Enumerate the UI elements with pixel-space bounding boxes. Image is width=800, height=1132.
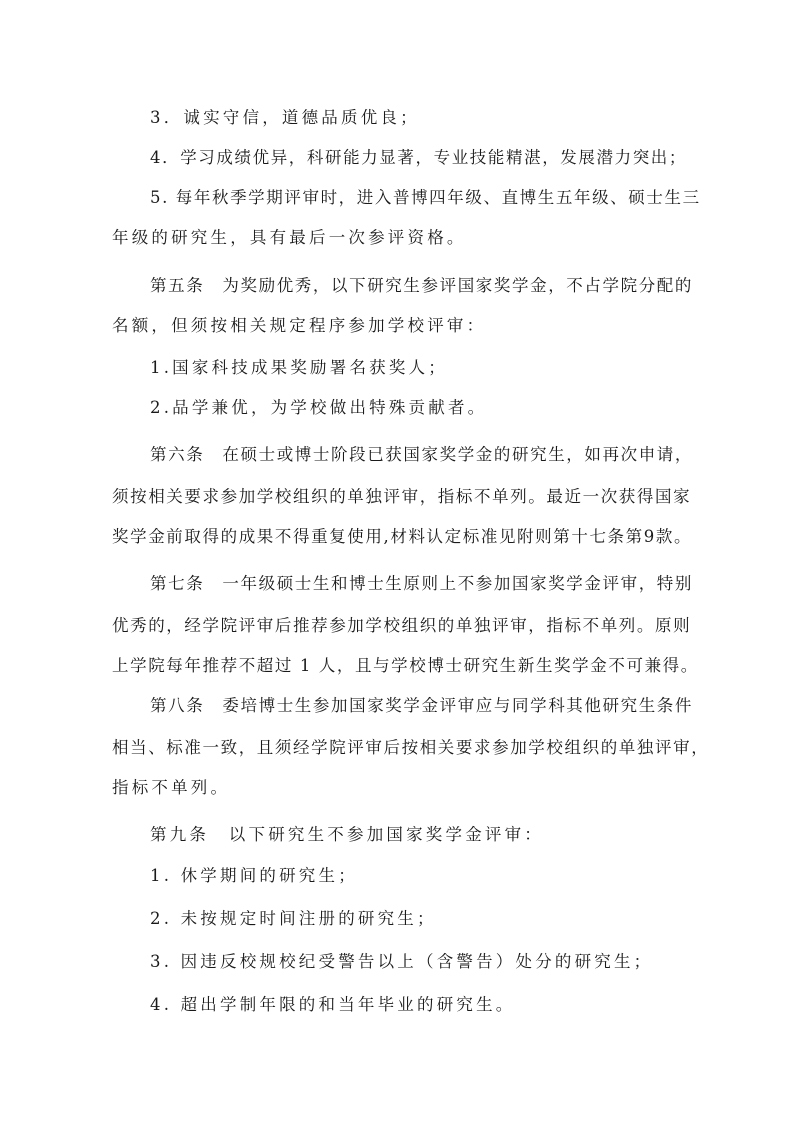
article-6-cont-1: 须按相关要求参加学校组织的单独评审，指标不单列。最近一次获得国家 <box>112 487 732 507</box>
document-page: 3．诚实守信，道德品质优良； 4．学习成绩优异，科研能力显著，专业技能精湛，发展… <box>0 0 800 1132</box>
criterion-4: 4．学习成绩优异，科研能力显著，专业技能精湛，发展潜力突出； <box>150 148 770 168</box>
article-8-cont-2: 指标不单列。 <box>112 778 732 798</box>
criterion-5-cont: 年级的研究生，具有最后一次参评资格。 <box>112 228 732 248</box>
article-9-item-1: 1. 休学期间的研究生； <box>150 866 770 886</box>
article-9-item-2: 2. 未按规定时间注册的研究生； <box>150 909 770 929</box>
article-7: 第七条 一年级硕士生和博士生原则上不参加国家奖学金评审，特别 <box>150 574 770 594</box>
article-5: 第五条 为奖励优秀，以下研究生参评国家奖学金，不占学院分配的 <box>150 276 770 296</box>
article-8: 第八条 委培博士生参加国家奖学金评审应与同学科其他研究生条件 <box>150 696 770 716</box>
article-9-item-3: 3. 因违反校规校纪受警告以上（含警告）处分的研究生； <box>150 952 770 972</box>
article-9-item-4: 4. 超出学制年限的和当年毕业的研究生。 <box>150 995 770 1015</box>
criterion-3: 3．诚实守信，道德品质优良； <box>150 108 770 128</box>
article-8-cont-1: 相当、标准一致，且须经学院评审后按相关要求参加学校组织的单独评审， <box>112 738 732 758</box>
article-6-cont-2: 奖学金前取得的成果不得重复使用,材料认定标准见附则第十七条第9款。 <box>112 527 732 547</box>
article-5-cont: 名额，但须按相关规定程序参加学校评审： <box>112 316 732 336</box>
article-7-cont-2: 上学院每年推荐不超过 1 人，且与学校博士研究生新生奖学金不可兼得。 <box>112 656 732 676</box>
article-6: 第六条 在硕士或博士阶段已获国家奖学金的研究生，如再次申请， <box>150 445 770 465</box>
criterion-5: 5. 每年秋季学期评审时，进入普博四年级、直博生五年级、硕士生三 <box>150 188 770 208</box>
article-5-item-2: 2.品学兼优，为学校做出特殊贡献者。 <box>150 398 770 418</box>
article-7-cont-1: 优秀的，经学院评审后推荐参加学校组织的单独评审，指标不单列。原则 <box>112 616 732 636</box>
article-5-item-1: 1.国家科技成果奖励署名获奖人； <box>150 358 770 378</box>
article-9: 第九条 以下研究生不参加国家奖学金评审： <box>150 825 770 845</box>
